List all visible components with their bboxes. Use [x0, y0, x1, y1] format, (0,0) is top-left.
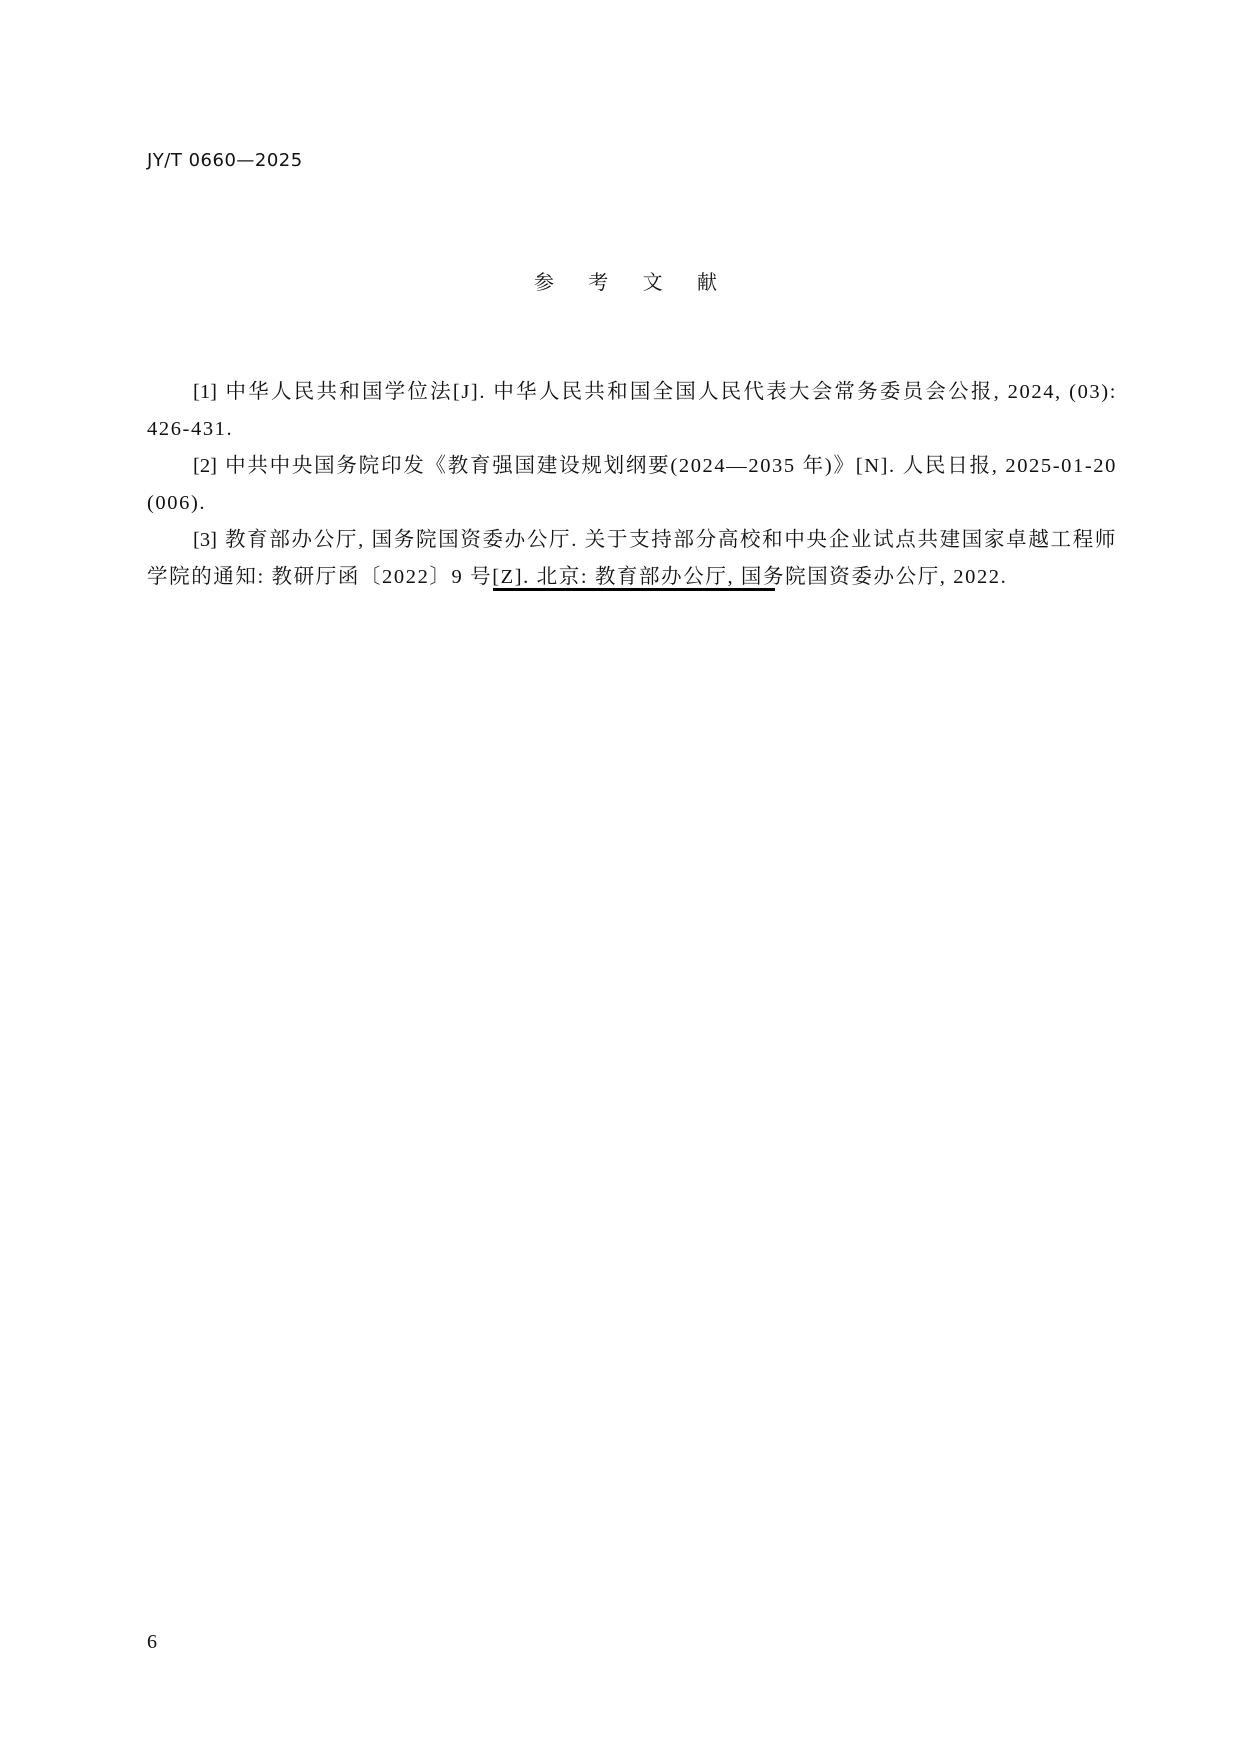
reference-text: 中华人民共和国学位法[J]. 中华人民共和国全国人民代表大会常务委员会公报, 2… — [147, 381, 1117, 440]
reference-item: [2]中共中央国务院印发《教育强国建设规划纲要(2024—2035 年)》[N]… — [147, 448, 1117, 522]
reference-number: [3] — [193, 529, 217, 551]
end-of-document-rule — [493, 588, 775, 591]
reference-text: 教育部办公厅, 国务院国资委办公厅. 关于支持部分高校和中央企业试点共建国家卓越… — [147, 529, 1117, 588]
reference-list: [1]中华人民共和国学位法[J]. 中华人民共和国全国人民代表大会常务委员会公报… — [147, 374, 1117, 596]
reference-item: [1]中华人民共和国学位法[J]. 中华人民共和国全国人民代表大会常务委员会公报… — [147, 374, 1117, 448]
page-number: 6 — [147, 1631, 157, 1654]
reference-number: [2] — [193, 455, 217, 477]
reference-text: 中共中央国务院印发《教育强国建设规划纲要(2024—2035 年)》[N]. 人… — [147, 455, 1117, 514]
references-title: 参 考 文 献 — [0, 266, 1241, 295]
reference-number: [1] — [193, 381, 217, 403]
standard-code-header: JY/T 0660—2025 — [147, 150, 303, 171]
reference-item: [3]教育部办公厅, 国务院国资委办公厅. 关于支持部分高校和中央企业试点共建国… — [147, 522, 1117, 596]
